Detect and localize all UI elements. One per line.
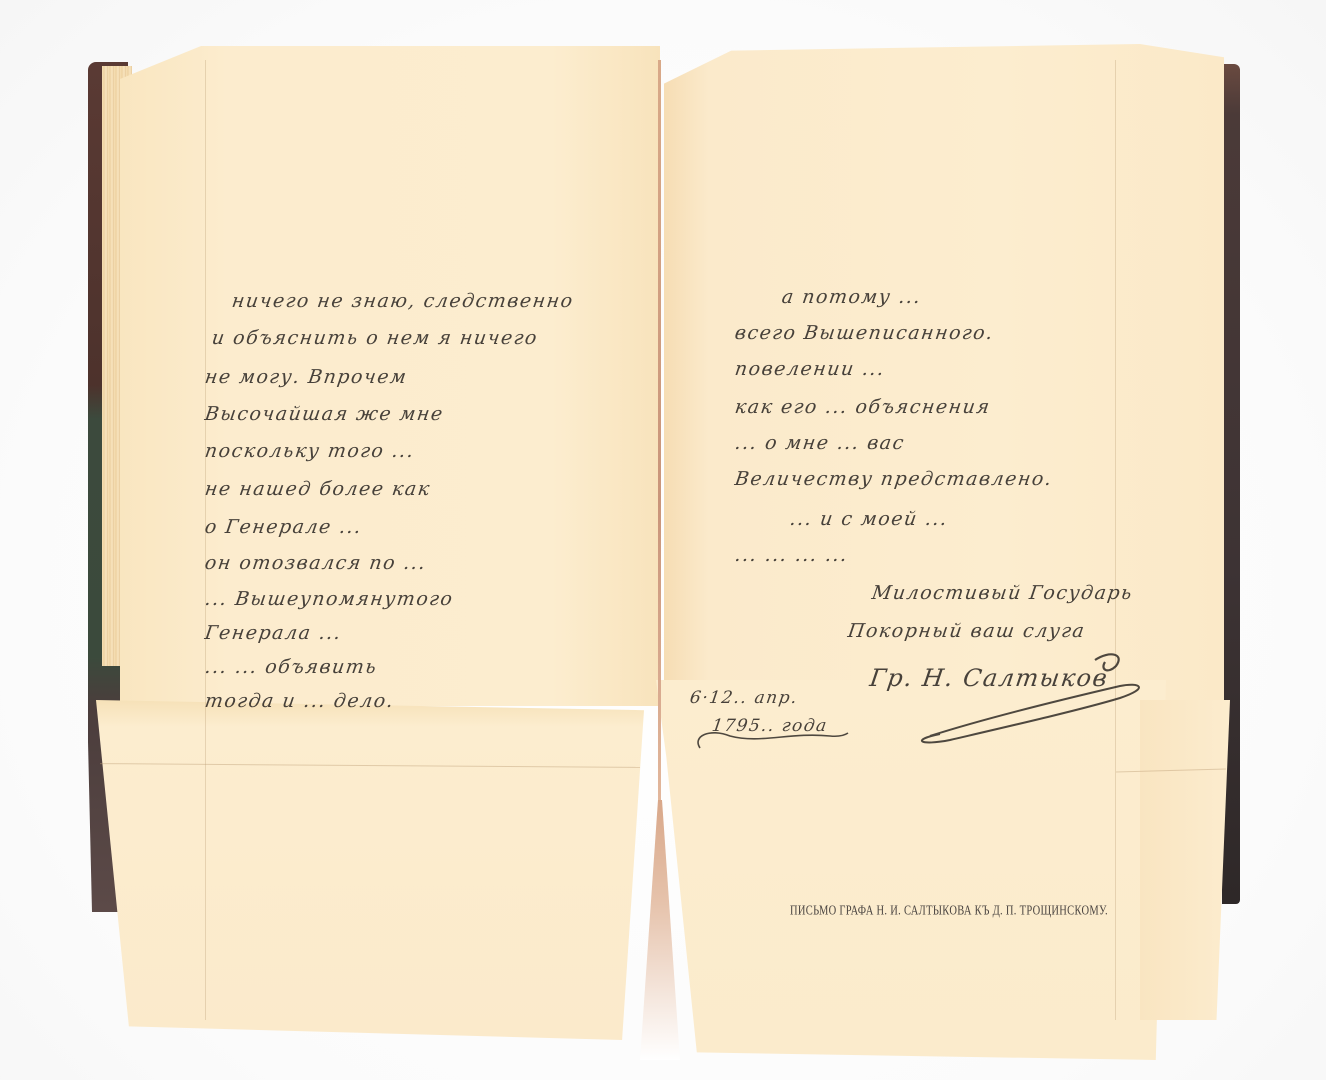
handwriting-line: повелении ... (733, 358, 886, 380)
handwriting-line: не нашед более как (203, 478, 432, 500)
left-foldout-flap (96, 700, 644, 1040)
handwriting-line: ... о мне ... вас (733, 432, 906, 454)
handwriting-line: ... Вышеупомянутого (203, 588, 454, 610)
handwriting-line: Покорный ваш слуга (846, 620, 1086, 642)
photo-scene: ничего не знаю, следственно и объяснить … (0, 0, 1326, 1080)
handwriting-line: как его ... объяснения (733, 396, 992, 418)
plate-caption: ПИСЬМО ГРАФА Н. И. САЛТЫКОВА КЪ Д. П. ТР… (790, 905, 1108, 919)
handwriting-line: Высочайшая же мне (203, 403, 445, 425)
handwriting-line: всего Вышеписанного. (733, 322, 995, 344)
book-gutter (658, 60, 661, 800)
signature-flourish-icon (680, 640, 1160, 760)
handwriting-line: и объяснить о нем я ничего (210, 327, 539, 349)
handwriting-line: ... и с моей ... (788, 508, 949, 530)
handwriting-line: тогда и ... дело. (203, 690, 395, 712)
handwriting-line: Милостивый Государь (870, 582, 1134, 604)
handwriting-line: ничего не знаю, следственно (230, 290, 575, 312)
handwriting-line: не могу. Впрочем (203, 366, 408, 388)
fold-crease (205, 60, 206, 1020)
handwriting-line: ... ... ... ... (733, 544, 849, 566)
handwriting-line: он отозвался по ... (203, 552, 427, 574)
fold-crease (1115, 60, 1116, 1020)
handwriting-line: Генерала ... (203, 622, 343, 644)
handwriting-line: Величеству представлено. (733, 468, 1054, 490)
handwriting-line: поскольку того ... (203, 440, 416, 462)
handwriting-line: о Генерале ... (203, 516, 363, 538)
gutter-gap (640, 800, 680, 1060)
handwriting-line: ... ... объявить (203, 656, 378, 678)
handwriting-line: а потому ... (780, 286, 923, 308)
